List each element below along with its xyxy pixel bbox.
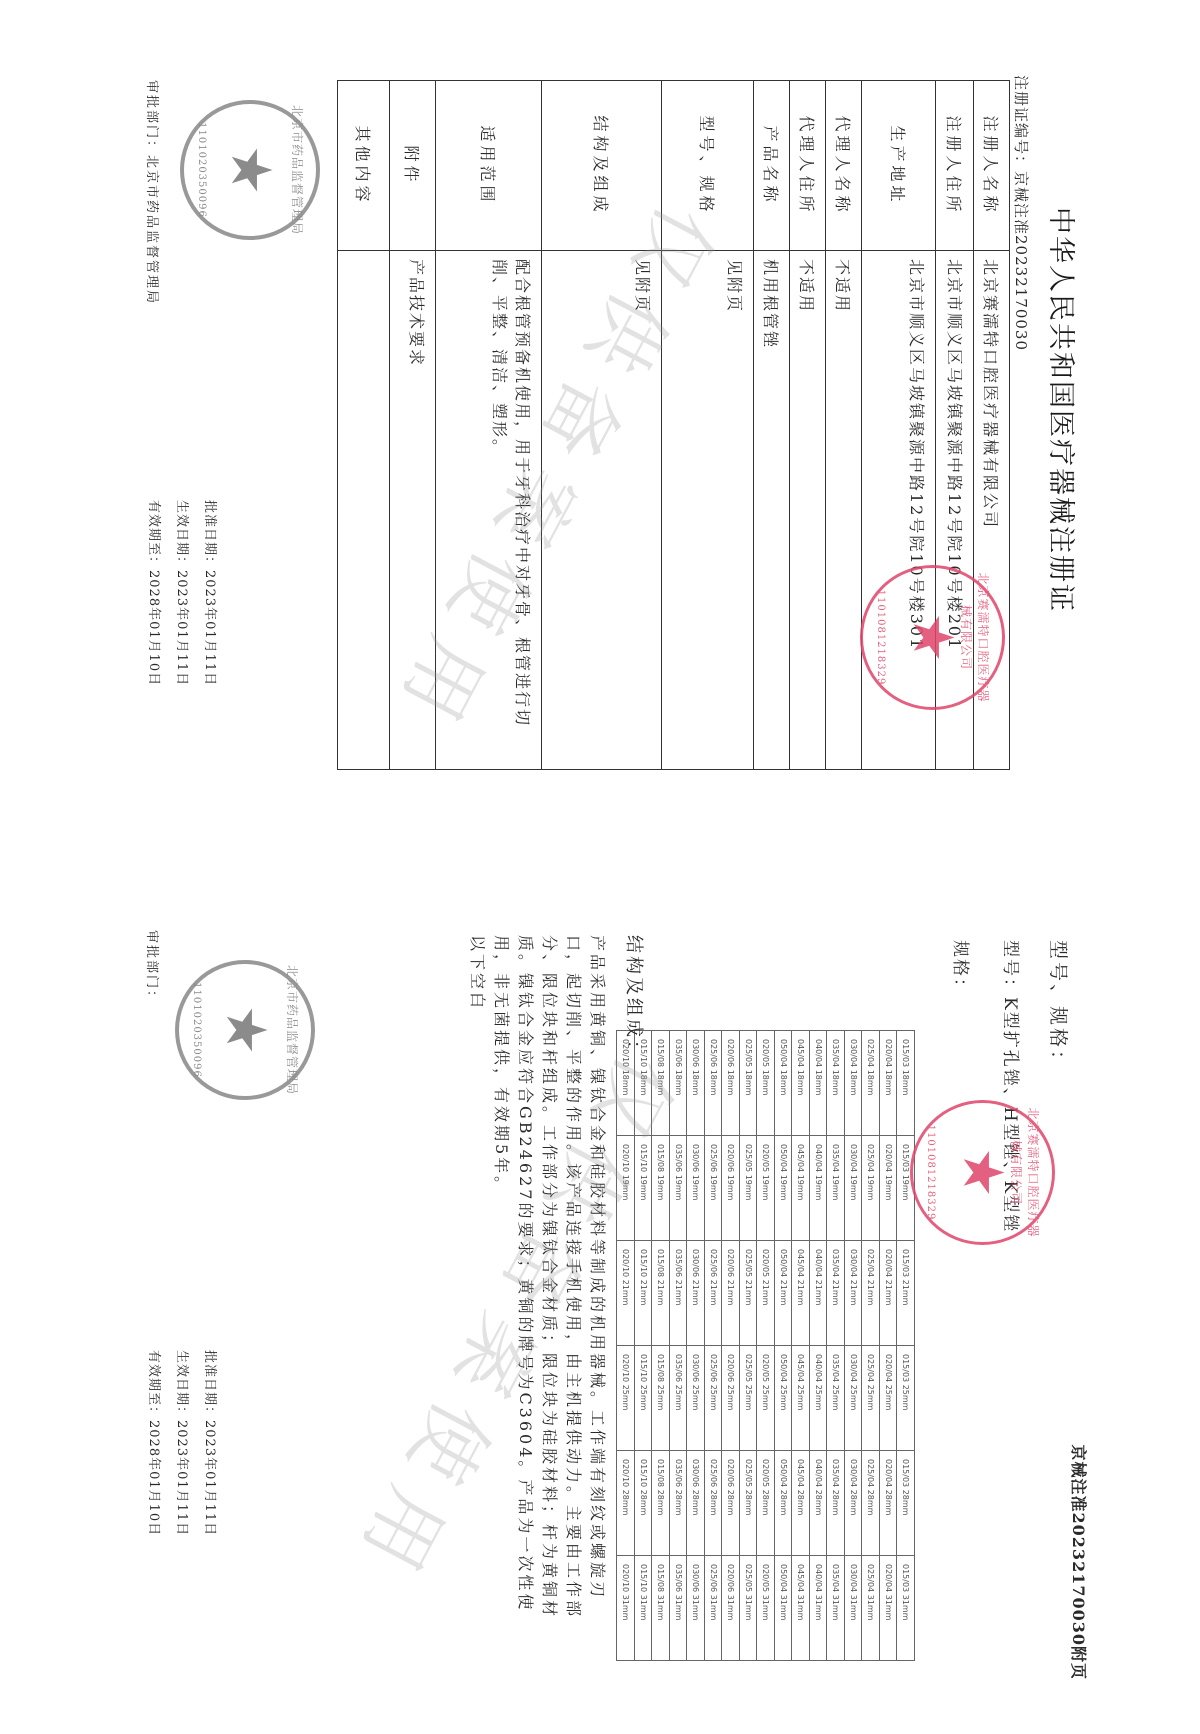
seal-text: 北京市药品监督管理局 xyxy=(289,104,306,236)
spec-row: 030/04 18mm030/04 19mm030/04 21mm030/04 … xyxy=(845,1031,863,1661)
structure-text: 产品采用黄铜、镍钛合金和硅胶材料等制成的机用器械。工作端有刻纹或螺旋刃口，起切削… xyxy=(489,935,609,1635)
spec-cell: 025/04 19mm xyxy=(862,1136,880,1241)
spec-cell: 020/05 25mm xyxy=(757,1346,775,1451)
spec-cell: 015/08 21mm xyxy=(652,1241,670,1346)
row-value: 产品技术要求 xyxy=(390,251,436,770)
spec-cell: 020/06 25mm xyxy=(722,1346,740,1451)
spec-cell: 025/05 25mm xyxy=(740,1346,758,1451)
expiry-date: 有效期至：2028年01月10日 xyxy=(137,500,165,686)
table-row: 其他内容 xyxy=(338,81,390,770)
spec-row: 050/04 18mm050/04 19mm050/04 21mm050/04 … xyxy=(775,1031,793,1661)
row-value: 见附页 xyxy=(662,251,754,770)
row-label: 结构及组成 xyxy=(542,81,662,251)
row-label: 代理人住所 xyxy=(790,81,826,251)
spec-cell: 040/04 28mm xyxy=(810,1451,828,1556)
spec-cell: 035/06 25mm xyxy=(670,1346,688,1451)
certificate-title: 中华人民共和国医疗器械注册证 xyxy=(1044,30,1083,790)
spec-cell: 035/04 28mm xyxy=(827,1451,845,1556)
spec-cell: 020/04 18mm xyxy=(880,1031,898,1136)
spec-cell: 035/06 31mm xyxy=(670,1556,688,1661)
model-label: 型号： xyxy=(1000,940,1020,997)
spec-cell: 035/04 18mm xyxy=(827,1031,845,1136)
spec-cell: 020/04 31mm xyxy=(880,1556,898,1661)
star-icon: ★ xyxy=(217,1005,273,1055)
row-value: 机用根管锉 xyxy=(754,251,790,770)
spec-cell: 030/04 31mm xyxy=(845,1556,863,1661)
row-label: 生产地址 xyxy=(862,81,936,251)
spec-row: 025/04 18mm025/04 19mm025/04 21mm025/04 … xyxy=(862,1031,880,1661)
spec-cell: 035/06 18mm xyxy=(670,1031,688,1136)
spec-row: 040/04 18mm040/04 19mm040/04 21mm040/04 … xyxy=(810,1031,828,1661)
row-label: 附件 xyxy=(390,81,436,251)
spec-cell: 035/06 21mm xyxy=(670,1241,688,1346)
spec-cell: 015/08 28mm xyxy=(652,1451,670,1556)
spec-cell: 050/04 18mm xyxy=(775,1031,793,1136)
attachment-header: 京械注准20232170030附页 xyxy=(1068,1445,1091,1680)
row-label: 适用范围 xyxy=(436,81,542,251)
spec-cell: 020/04 28mm xyxy=(880,1451,898,1556)
company-seal: 北京赛濡特口腔医疗器械有限公司 ★ 1101081218329 xyxy=(910,1100,1055,1245)
table-row: 产品名称机用根管锉 xyxy=(754,81,790,770)
spec-cell: 025/06 28mm xyxy=(705,1451,723,1556)
table-row: 代理人名称不适用 xyxy=(826,81,862,770)
row-label: 代理人名称 xyxy=(826,81,862,251)
spec-cell: 035/04 21mm xyxy=(827,1241,845,1346)
spec-cell: 020/06 19mm xyxy=(722,1136,740,1241)
table-row: 适用范围配合根管预备机使用，用于牙科治疗中对牙骨、根管进行切削、平整、清洁、塑形… xyxy=(436,81,542,770)
spec-cell: 045/04 18mm xyxy=(792,1031,810,1136)
spec-cell: 040/04 25mm xyxy=(810,1346,828,1451)
spec-cell: 025/06 21mm xyxy=(705,1241,723,1346)
spec-cell: 020/05 21mm xyxy=(757,1241,775,1346)
spec-cell: 050/04 21mm xyxy=(775,1241,793,1346)
row-value: 见附页 xyxy=(542,251,662,770)
certificate-number: 注册证编号：京械注准20232170030 xyxy=(1011,75,1032,790)
spec-cell: 040/04 19mm xyxy=(810,1136,828,1241)
spec-cell: 015/08 18mm xyxy=(652,1031,670,1136)
spec-row: 035/06 18mm035/06 19mm035/06 21mm035/06 … xyxy=(670,1031,688,1661)
row-label: 注册人住所 xyxy=(936,81,974,251)
spec-cell: 030/06 19mm xyxy=(687,1136,705,1241)
row-value xyxy=(338,251,390,770)
star-icon: ★ xyxy=(955,1147,1011,1197)
spec-cell: 040/04 31mm xyxy=(810,1556,828,1661)
model-spec-section: 型号、规格： xyxy=(1046,880,1073,1072)
certificate-number-label: 注册证编号： xyxy=(1012,75,1030,171)
spec-cell: 030/06 31mm xyxy=(687,1556,705,1661)
spec-cell: 035/06 19mm xyxy=(670,1136,688,1241)
spec-cell: 025/04 31mm xyxy=(862,1556,880,1661)
spec-cell: 030/04 19mm xyxy=(845,1136,863,1241)
spec-cell: 025/04 18mm xyxy=(862,1031,880,1136)
row-value: 配合根管预备机使用，用于牙科治疗中对牙骨、根管进行切削、平整、清洁、塑形。 xyxy=(436,251,542,770)
model-spec-heading: 型号、规格： xyxy=(1046,940,1073,1072)
spec-cell: 025/06 19mm xyxy=(705,1136,723,1241)
blank-note: 以下空白 xyxy=(465,935,489,1635)
spec-cell: 030/06 18mm xyxy=(687,1031,705,1136)
table-row: 附件产品技术要求 xyxy=(390,81,436,770)
spec-cell: 020/04 21mm xyxy=(880,1241,898,1346)
spec-cell: 020/05 31mm xyxy=(757,1556,775,1661)
spec-cell: 040/04 18mm xyxy=(810,1031,828,1136)
spec-cell: 025/06 31mm xyxy=(705,1556,723,1661)
spec-row: 030/06 18mm030/06 19mm030/06 21mm030/06 … xyxy=(687,1031,705,1661)
seal-text: 北京赛濡特口腔医疗器械有限公司 xyxy=(1008,1103,1042,1242)
spec-cell: 050/04 25mm xyxy=(775,1346,793,1451)
spec-cell: 020/05 19mm xyxy=(757,1136,775,1241)
table-row: 型号、规格见附页 xyxy=(662,81,754,770)
government-seal: 北京市药品监督管理局 ★ 1101020350096 xyxy=(180,100,320,240)
spec-cell: 045/04 28mm xyxy=(792,1451,810,1556)
row-label: 型号、规格 xyxy=(662,81,754,251)
spec-cell: 020/06 31mm xyxy=(722,1556,740,1661)
spec-cell: 015/03 25mm xyxy=(897,1346,915,1451)
structure-section: 结构及组成： 产品采用黄铜、镍钛合金和硅胶材料等制成的机用器械。工作端有刻纹或螺… xyxy=(465,935,645,1635)
row-value: 不适用 xyxy=(790,251,826,770)
spec-cell: 015/08 25mm xyxy=(652,1346,670,1451)
spec-cell: 020/04 19mm xyxy=(880,1136,898,1241)
spec-cell: 025/06 18mm xyxy=(705,1031,723,1136)
spec-cell: 050/04 19mm xyxy=(775,1136,793,1241)
expiry-date: 有效期至：2028年01月10日 xyxy=(137,1350,165,1536)
spec-label: 规格： xyxy=(950,940,975,997)
spec-cell: 015/08 19mm xyxy=(652,1136,670,1241)
spec-table: 015/03 18mm015/03 19mm015/03 21mm015/03 … xyxy=(617,1030,916,1661)
spec-cell: 020/05 28mm xyxy=(757,1451,775,1556)
spec-cell: 030/06 21mm xyxy=(687,1241,705,1346)
effective-date: 生效日期：2023年01月11日 xyxy=(165,1350,193,1536)
effective-date: 生效日期：2023年01月11日 xyxy=(165,500,193,686)
table-row: 代理人住所不适用 xyxy=(790,81,826,770)
spec-cell: 025/06 25mm xyxy=(705,1346,723,1451)
spec-cell: 020/06 21mm xyxy=(722,1241,740,1346)
star-icon: ★ xyxy=(905,612,961,662)
seal-code: 1101081218329 xyxy=(875,568,886,707)
spec-cell: 020/06 18mm xyxy=(722,1031,740,1136)
spec-cell: 035/04 31mm xyxy=(827,1556,845,1661)
seal-code: 1101020350096 xyxy=(196,104,207,236)
spec-row: 045/04 18mm045/04 19mm045/04 21mm045/04 … xyxy=(792,1031,810,1661)
star-icon: ★ xyxy=(222,145,278,195)
spec-cell: 035/06 28mm xyxy=(670,1451,688,1556)
spec-cell: 025/05 18mm xyxy=(740,1031,758,1136)
structure-heading: 结构及组成： xyxy=(621,935,645,1635)
spec-cell: 035/04 19mm xyxy=(827,1136,845,1241)
spec-cell: 035/04 25mm xyxy=(827,1346,845,1451)
approval-date: 批准日期：2023年01月11日 xyxy=(193,1350,221,1536)
date-block: 批准日期：2023年01月11日 生效日期：2023年01月11日 有效期至：2… xyxy=(137,1350,221,1536)
certificate-page: 中华人民共和国医疗器械注册证 注册证编号：京械注准20232170030 注册人… xyxy=(135,30,1095,790)
spec-cell: 045/04 25mm xyxy=(792,1346,810,1451)
spec-cell: 030/04 21mm xyxy=(845,1241,863,1346)
spec-cell: 050/04 31mm xyxy=(775,1556,793,1661)
spec-cell: 045/04 21mm xyxy=(792,1241,810,1346)
spec-cell: 030/06 28mm xyxy=(687,1451,705,1556)
spec-row: 020/05 18mm020/05 19mm020/05 21mm020/05 … xyxy=(757,1031,775,1661)
spec-row: 015/03 18mm015/03 19mm015/03 21mm015/03 … xyxy=(897,1031,915,1661)
spec-cell: 025/05 19mm xyxy=(740,1136,758,1241)
spec-row: 025/06 18mm025/06 19mm025/06 21mm025/06 … xyxy=(705,1031,723,1661)
attachment-page: 京械注准20232170030附页 型号、规格： 型号：K型扩孔锉、H型锉、K型… xyxy=(135,880,1095,1700)
spec-row: 035/04 18mm035/04 19mm035/04 21mm035/04 … xyxy=(827,1031,845,1661)
row-label: 注册人名称 xyxy=(974,81,1010,251)
spec-cell: 025/04 25mm xyxy=(862,1346,880,1451)
spec-cell: 030/04 28mm xyxy=(845,1451,863,1556)
table-row: 结构及组成见附页 xyxy=(542,81,662,770)
spec-cell: 040/04 21mm xyxy=(810,1241,828,1346)
spec-cell: 030/06 25mm xyxy=(687,1346,705,1451)
seal-text: 北京赛濡特口腔医疗器械有限公司 xyxy=(958,568,992,707)
spec-cell: 050/04 28mm xyxy=(775,1451,793,1556)
spec-cell: 020/04 25mm xyxy=(880,1346,898,1451)
spec-cell: 030/04 18mm xyxy=(845,1031,863,1136)
row-label: 其他内容 xyxy=(338,81,390,251)
seal-code: 1101081218329 xyxy=(925,1103,936,1242)
seal-code: 1101020350096 xyxy=(191,964,202,1096)
government-seal: 北京市药品监督管理局 ★ 1101020350096 xyxy=(175,960,315,1100)
approval-department: 审批部门：北京市药品监督管理局 xyxy=(144,80,163,305)
spec-cell: 015/03 31mm xyxy=(897,1556,915,1661)
spec-cell: 025/04 28mm xyxy=(862,1451,880,1556)
spec-cell: 015/08 31mm xyxy=(652,1556,670,1661)
approval-date: 批准日期：2023年01月11日 xyxy=(193,500,221,686)
spec-row: 025/05 18mm025/05 19mm025/05 21mm025/05 … xyxy=(740,1031,758,1661)
spec-row: 020/04 18mm020/04 19mm020/04 21mm020/04 … xyxy=(880,1031,898,1661)
spec-row: 020/06 18mm020/06 19mm020/06 21mm020/06 … xyxy=(722,1031,740,1661)
spec-cell: 030/04 25mm xyxy=(845,1346,863,1451)
spec-cell: 025/05 28mm xyxy=(740,1451,758,1556)
spec-cell: 025/04 21mm xyxy=(862,1241,880,1346)
spec-cell: 015/03 21mm xyxy=(897,1241,915,1346)
row-value: 不适用 xyxy=(826,251,862,770)
spec-cell: 025/05 21mm xyxy=(740,1241,758,1346)
row-label: 产品名称 xyxy=(754,81,790,251)
spec-cell: 025/05 31mm xyxy=(740,1556,758,1661)
spec-cell: 015/03 18mm xyxy=(897,1031,915,1136)
spec-cell: 045/04 31mm xyxy=(792,1556,810,1661)
spec-cell: 020/06 28mm xyxy=(722,1451,740,1556)
spec-row: 015/08 18mm015/08 19mm015/08 21mm015/08 … xyxy=(652,1031,670,1661)
approval-department: 审批部门： xyxy=(144,930,163,1005)
spec-cell: 015/03 28mm xyxy=(897,1451,915,1556)
date-block: 批准日期：2023年01月11日 生效日期：2023年01月11日 有效期至：2… xyxy=(137,500,221,686)
spec-cell: 045/04 19mm xyxy=(792,1136,810,1241)
spec-cell: 020/05 18mm xyxy=(757,1031,775,1136)
company-seal: 北京赛濡特口腔医疗器械有限公司 ★ 1101081218329 xyxy=(860,565,1005,710)
seal-text: 北京市药品监督管理局 xyxy=(284,964,301,1096)
certificate-number-value: 京械注准20232170030 xyxy=(1012,171,1030,351)
